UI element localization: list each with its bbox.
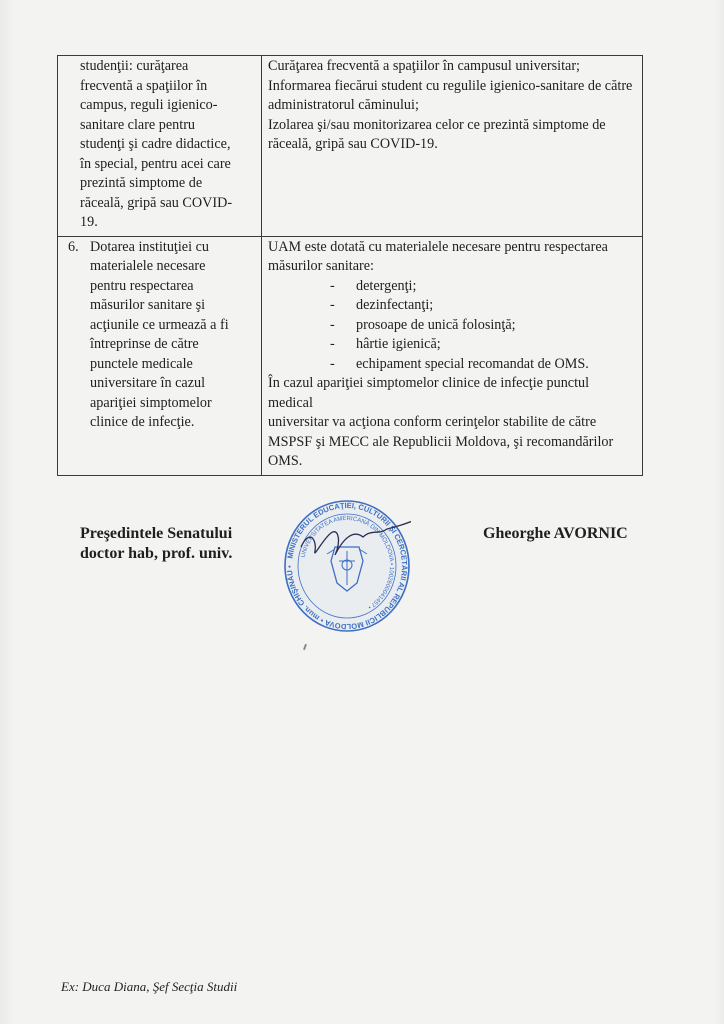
text-line: răceală, gripă sau COVID-19. — [268, 135, 636, 155]
list-item-text: dezinfectanţi; — [356, 296, 433, 316]
text-line: acţiunile ce urmează a fi — [90, 316, 255, 336]
list-item-text: echipament special recomandat de OMS. — [356, 355, 589, 375]
dash-bullet-icon: - — [330, 335, 356, 355]
text-line: frecventă a spaţiilor în — [80, 77, 255, 97]
item-number: 6. — [64, 238, 90, 433]
dash-bullet-icon: - — [330, 316, 356, 336]
text-line: universitare în cazul — [90, 374, 255, 394]
table-row: 6. Dotarea instituţiei cu materialele ne… — [58, 236, 643, 475]
row-1-actions: Curăţarea frecventă a spaţiilor în campu… — [262, 56, 643, 237]
row-1-description: studenţii: curăţarea frecventă a spaţiil… — [58, 56, 262, 237]
dash-bullet-icon: - — [330, 277, 356, 297]
executor-note: Ex: Duca Diana, Şef Secţia Studii — [61, 979, 237, 995]
text-line: pentru respectarea — [90, 277, 255, 297]
list-item: -prosoape de unică folosinţă; — [330, 316, 636, 336]
dash-bullet-icon: - — [330, 355, 356, 375]
text-line: punctele medicale — [90, 355, 255, 375]
list-item: -echipament special recomandat de OMS. — [330, 355, 636, 375]
signatory-degree: doctor hab, prof. univ. — [80, 544, 232, 564]
text-line: administratorul căminului; — [268, 96, 636, 116]
official-stamp-icon: MINISTERUL EDUCAŢIEI, CULTURII ŞI CERCET… — [283, 499, 411, 633]
list-item-text: hârtie igienică; — [356, 335, 441, 355]
signatory-position: Preşedintele Senatului — [80, 524, 232, 544]
text-line: Curăţarea frecventă a spaţiilor în campu… — [268, 57, 636, 77]
text-line: în special, pentru acei care — [80, 155, 255, 175]
text-line: apariţiei simptomelor — [90, 394, 255, 414]
text-line: prezintă simptome de — [80, 174, 255, 194]
list-item-text: detergenţi; — [356, 277, 416, 297]
text-line: măsurilor sanitare: — [268, 257, 636, 277]
text-line: materialele necesare — [90, 257, 255, 277]
text-line: 19. — [80, 213, 255, 233]
text-line: studenţii: curăţarea — [80, 57, 255, 77]
list-item-text: prosoape de unică folosinţă; — [356, 316, 516, 336]
text-line: MSPSF şi MECC ale Republicii Moldova, şi… — [268, 433, 636, 453]
text-line: OMS. — [268, 452, 636, 472]
signatory-title: Preşedintele Senatului doctor hab, prof.… — [80, 524, 232, 564]
signatory-name: Gheorghe AVORNIC — [483, 524, 628, 544]
scan-artifact — [303, 644, 307, 650]
row-6-actions: UAM este dotată cu materialele necesare … — [262, 236, 643, 475]
dash-bullet-icon: - — [330, 296, 356, 316]
supplies-list: -detergenţi; -dezinfectanţi; -prosoape d… — [268, 277, 636, 375]
text-line: sanitare clare pentru — [80, 116, 255, 136]
text-line: întreprinse de către — [90, 335, 255, 355]
table-row: studenţii: curăţarea frecventă a spaţiil… — [58, 56, 643, 237]
text-line: În cazul apariţiei simptomelor clinice d… — [268, 374, 636, 413]
text-line: clinice de infecţie. — [90, 413, 255, 433]
text-line: universitar va acţiona conform cerinţelo… — [268, 413, 636, 433]
text-line: răceală, gripă sau COVID- — [80, 194, 255, 214]
list-item: -detergenţi; — [330, 277, 636, 297]
text-line: campus, reguli igienico- — [80, 96, 255, 116]
list-item: -dezinfectanţi; — [330, 296, 636, 316]
item-text: Dotarea instituţiei cu materialele neces… — [90, 238, 255, 433]
text-line: Izolarea şi/sau monitorizarea celor ce p… — [268, 116, 636, 136]
text-line: măsurilor sanitare şi — [90, 296, 255, 316]
measures-table: studenţii: curăţarea frecventă a spaţiil… — [57, 55, 643, 476]
text-line: UAM este dotată cu materialele necesare … — [268, 238, 636, 258]
list-item: -hârtie igienică; — [330, 335, 636, 355]
numbered-item: 6. Dotarea instituţiei cu materialele ne… — [64, 238, 255, 433]
row-6-description: 6. Dotarea instituţiei cu materialele ne… — [58, 236, 262, 475]
text-line: Informarea fiecărui student cu regulile … — [268, 77, 636, 97]
text-line: studenţi şi cadre didactice, — [80, 135, 255, 155]
text-line: Dotarea instituţiei cu — [90, 238, 255, 258]
